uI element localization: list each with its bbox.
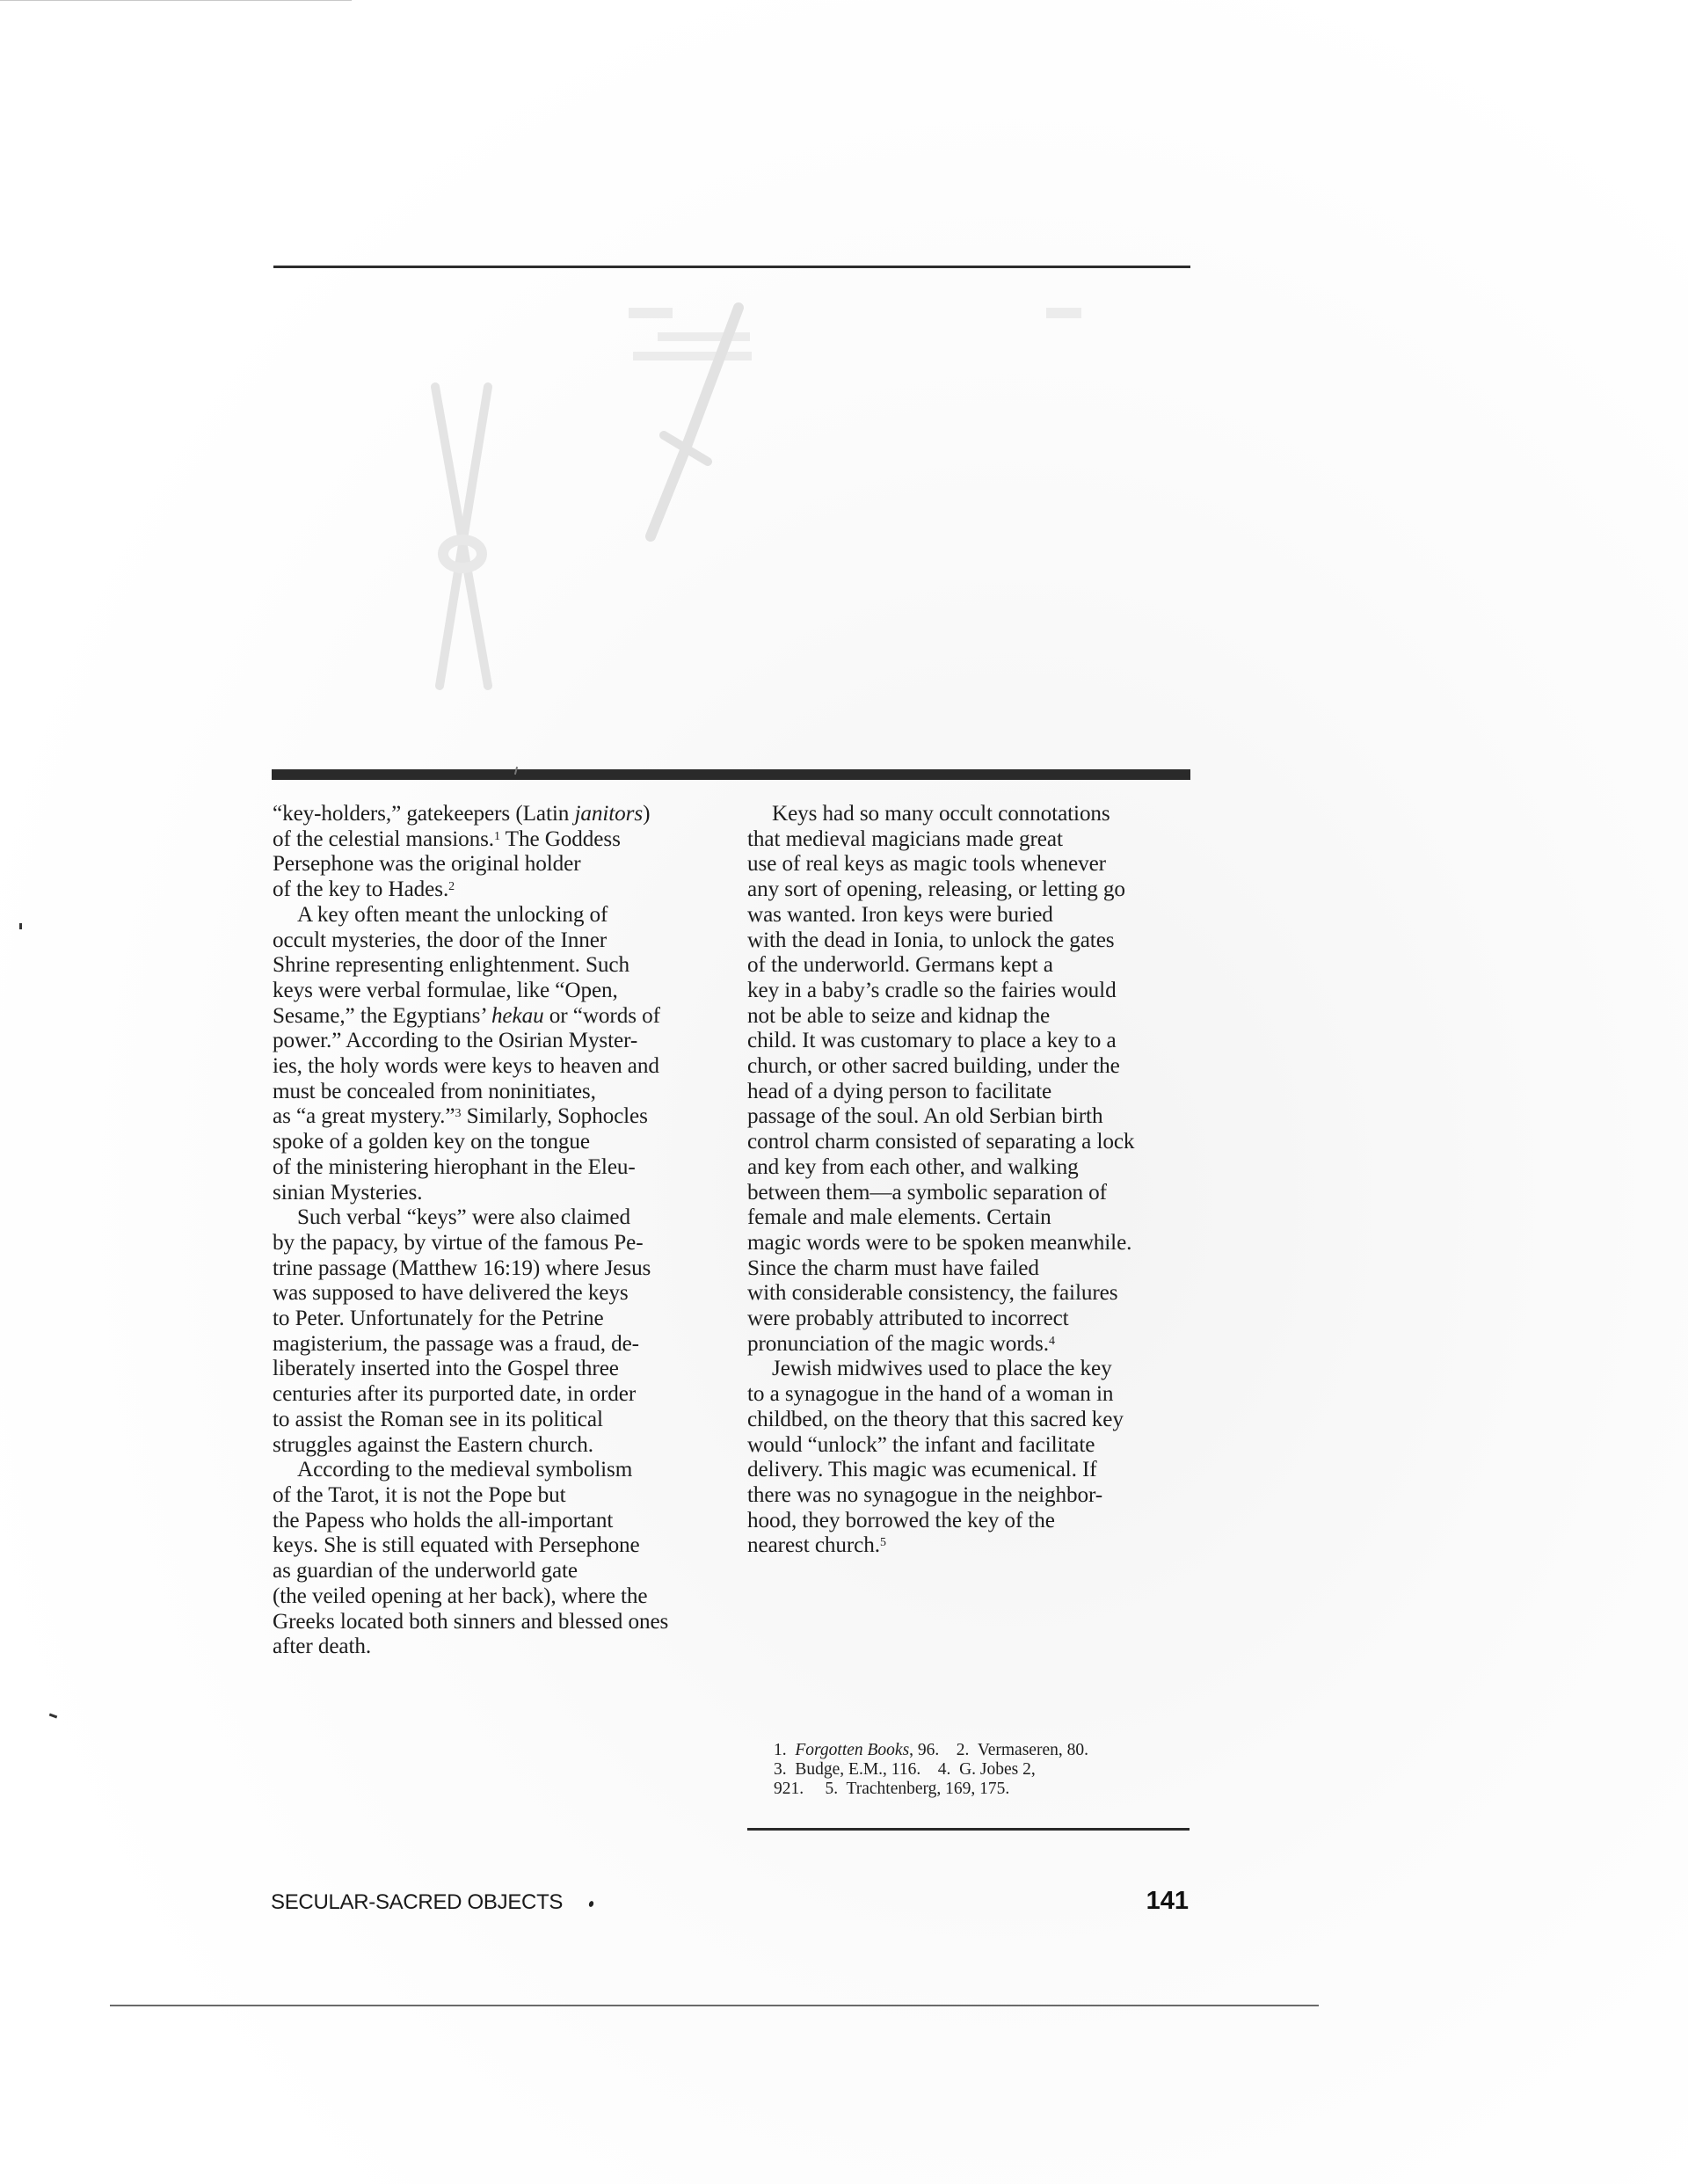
text-line: hood, they borrowed the key of the — [747, 1509, 1191, 1534]
text-line: magic words were to be spoken meanwhile. — [747, 1231, 1191, 1256]
text-line: 1. Forgotten Books, 96. 2. Vermaseren, 8… — [774, 1741, 1187, 1760]
bleed-through-text — [629, 308, 1081, 360]
text-line: of the Tarot, it is not the Pope but — [273, 1483, 721, 1509]
text-line: must be concealed from noninitiates, — [273, 1080, 721, 1105]
text-line: struggles against the Eastern church. — [273, 1433, 721, 1459]
text-line: Since the charm must have failed — [747, 1256, 1191, 1282]
text-line: as “a great mystery.”3 Similarly, Sophoc… — [273, 1104, 721, 1130]
text-line: control charm consisted of separating a … — [747, 1130, 1191, 1155]
text-line: According to the medieval symbolism — [273, 1458, 721, 1483]
text-line: was wanted. Iron keys were buried — [747, 903, 1191, 928]
scan-speck — [19, 923, 22, 929]
text-line: of the key to Hades.2 — [273, 877, 721, 903]
text-line: Jewish midwives used to place the key — [747, 1357, 1191, 1382]
text-line: any sort of opening, releasing, or letti… — [747, 877, 1191, 903]
text-line: passage of the soul. An old Serbian birt… — [747, 1104, 1191, 1130]
footnote-ref: 5 — [880, 1536, 886, 1549]
scan-bottom-edge — [110, 2005, 1319, 2006]
text-line: ies, the holy words were keys to heaven … — [273, 1054, 721, 1080]
text-line: of the ministering hierophant in the Ele… — [273, 1155, 721, 1181]
text-line: Shrine representing enlightenment. Such — [273, 953, 721, 979]
text-line: to Peter. Unfortunately for the Petrine — [273, 1307, 721, 1332]
text-line: Sesame,” the Egyptians’ hekau or “words … — [273, 1004, 721, 1030]
bleed-through-illustration — [264, 273, 1196, 765]
text-line: Greeks located both sinners and blessed … — [273, 1610, 721, 1635]
text-line: head of a dying person to facilitate — [747, 1080, 1191, 1105]
text-line: were probably attributed to incorrect — [747, 1307, 1191, 1332]
scan-edge — [0, 0, 352, 1]
text-line: childbed, on the theory that this sacred… — [747, 1408, 1191, 1433]
right-column: Keys had so many occult connotationsthat… — [747, 802, 1191, 1559]
text-line: centuries after its purported date, in o… — [273, 1382, 721, 1408]
text-line: not be able to seize and kidnap the — [747, 1004, 1191, 1030]
text-line: with considerable consistency, the failu… — [747, 1281, 1191, 1307]
text-line: keys. She is still equated with Persepho… — [273, 1533, 721, 1559]
heading-rule — [272, 769, 1190, 780]
crossed-staves-icon — [435, 387, 488, 686]
text-line: Keys had so many occult connotations — [747, 802, 1191, 827]
text-line: after death. — [273, 1634, 721, 1660]
dagger-icon — [651, 308, 738, 536]
text-line: between them—a symbolic separation of — [747, 1181, 1191, 1206]
left-column: “key-holders,” gatekeepers (Latin janito… — [273, 802, 721, 1660]
footnote-ref: 4 — [1049, 1335, 1055, 1348]
text-line: power.” According to the Osirian Myster- — [273, 1029, 721, 1054]
footnotes-rule — [747, 1828, 1190, 1831]
page-number: 141 — [1134, 1887, 1189, 1916]
text-line: by the papacy, by virtue of the famous P… — [273, 1231, 721, 1256]
text-line: 3. Budge, E.M., 116. 4. G. Jobes 2, — [774, 1760, 1187, 1780]
text-line: there was no synagogue in the neighbor- — [747, 1483, 1191, 1509]
text-line: and key from each other, and walking — [747, 1155, 1191, 1181]
text-line: magisterium, the passage was a fraud, de… — [273, 1332, 721, 1358]
text-line: the Papess who holds the all-important — [273, 1509, 721, 1534]
text-line: (the veiled opening at her back), where … — [273, 1584, 721, 1610]
text-line: of the celestial mansions.1 The Goddess — [273, 827, 721, 853]
text-line: trine passage (Matthew 16:19) where Jesu… — [273, 1256, 721, 1282]
text-line: nearest church.5 — [747, 1533, 1191, 1559]
text-line: that medieval magicians made great — [747, 827, 1191, 853]
text-line: use of real keys as magic tools whenever — [747, 852, 1191, 877]
text-line: key in a baby’s cradle so the fairies wo… — [747, 979, 1191, 1004]
text-line: was supposed to have delivered the keys — [273, 1281, 721, 1307]
text-line: as guardian of the underworld gate — [273, 1559, 721, 1584]
text-line: “key-holders,” gatekeepers (Latin janito… — [273, 802, 721, 827]
text-line: A key often meant the unlocking of — [273, 903, 721, 928]
text-line: delivery. This magic was ecumenical. If — [747, 1458, 1191, 1483]
footnotes: 1. Forgotten Books, 96. 2. Vermaseren, 8… — [774, 1741, 1187, 1799]
running-footer: SECULAR-SACRED OBJECTS — [271, 1890, 563, 1915]
text-line: would “unlock” the infant and facilitate — [747, 1433, 1191, 1459]
text-line: church, or other sacred building, under … — [747, 1054, 1191, 1080]
text-line: liberately inserted into the Gospel thre… — [273, 1357, 721, 1382]
text-line: sinian Mysteries. — [273, 1181, 721, 1206]
text-line: female and male elements. Certain — [747, 1205, 1191, 1231]
text-line: of the underworld. Germans kept a — [747, 953, 1191, 979]
text-line: keys were verbal formulae, like “Open, — [273, 979, 721, 1004]
text-line: occult mysteries, the door of the Inner — [273, 928, 721, 954]
footnote-ref: 2 — [448, 880, 455, 893]
text-line: to a synagogue in the hand of a woman in — [747, 1382, 1191, 1408]
text-line: to assist the Roman see in its political — [273, 1408, 721, 1433]
text-line: child. It was customary to place a key t… — [747, 1029, 1191, 1054]
text-line: 921. 5. Trachtenberg, 169, 175. — [774, 1780, 1187, 1799]
footnote-ref: 1 — [494, 830, 500, 843]
text-line: spoke of a golden key on the tongue — [273, 1130, 721, 1155]
text-line: Such verbal “keys” were also claimed — [273, 1205, 721, 1231]
text-line: with the dead in Ionia, to unlock the ga… — [747, 928, 1191, 954]
text-line: Persephone was the original holder — [273, 852, 721, 877]
text-line: pronunciation of the magic words.4 — [747, 1332, 1191, 1358]
top-rule — [273, 266, 1190, 268]
